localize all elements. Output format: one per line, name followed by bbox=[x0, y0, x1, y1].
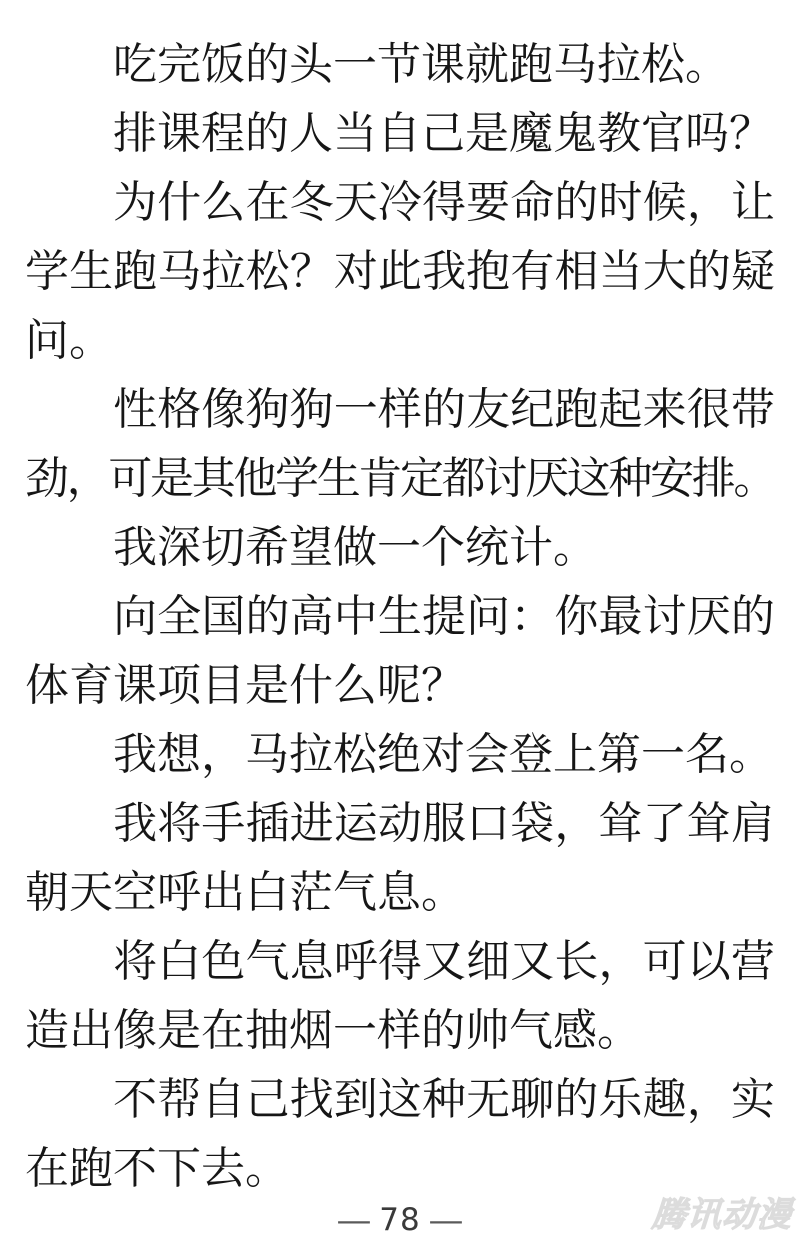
text-line: 性格像狗狗一样的友纪跑起来很带 bbox=[25, 375, 775, 444]
footer-dash-right: — bbox=[428, 1204, 463, 1236]
text-line: 不帮自己找到这种无聊的乐趣，实 bbox=[25, 1065, 775, 1134]
novel-page: 吃完饭的头一节课就跑马拉松。排课程的人当自己是魔鬼教官吗？为什么在冬天冷得要命的… bbox=[0, 0, 800, 1245]
text-line: 我想，马拉松绝对会登上第一名。 bbox=[25, 720, 775, 789]
text-line: 吃完饭的头一节课就跑马拉松。 bbox=[25, 30, 775, 99]
text-line: 朝天空呼出白茫气息。 bbox=[25, 858, 775, 927]
page-number: 78 bbox=[379, 1203, 420, 1237]
text-line: 排课程的人当自己是魔鬼教官吗？ bbox=[25, 99, 775, 168]
novel-text-body: 吃完饭的头一节课就跑马拉松。排课程的人当自己是魔鬼教官吗？为什么在冬天冷得要命的… bbox=[25, 30, 775, 1203]
tencent-comics-watermark: 腾讯动漫 bbox=[650, 1193, 793, 1237]
text-line: 造出像是在抽烟一样的帅气感。 bbox=[25, 996, 775, 1065]
text-line: 为什么在冬天冷得要命的时候，让 bbox=[25, 168, 775, 237]
text-line: 劲，可是其他学生肯定都讨厌这种安排。 bbox=[25, 444, 775, 513]
text-line: 向全国的高中生提问：你最讨厌的 bbox=[25, 582, 775, 651]
text-line: 学生跑马拉松？对此我抱有相当大的疑 bbox=[25, 237, 775, 306]
text-line: 我将手插进运动服口袋，耸了耸肩 bbox=[25, 789, 775, 858]
text-line: 我深切希望做一个统计。 bbox=[25, 513, 775, 582]
text-line: 问。 bbox=[25, 306, 775, 375]
footer-dash-left: — bbox=[337, 1204, 372, 1236]
text-line: 体育课项目是什么呢？ bbox=[25, 651, 775, 720]
text-line: 将白色气息呼得又细又长，可以营 bbox=[25, 927, 775, 996]
